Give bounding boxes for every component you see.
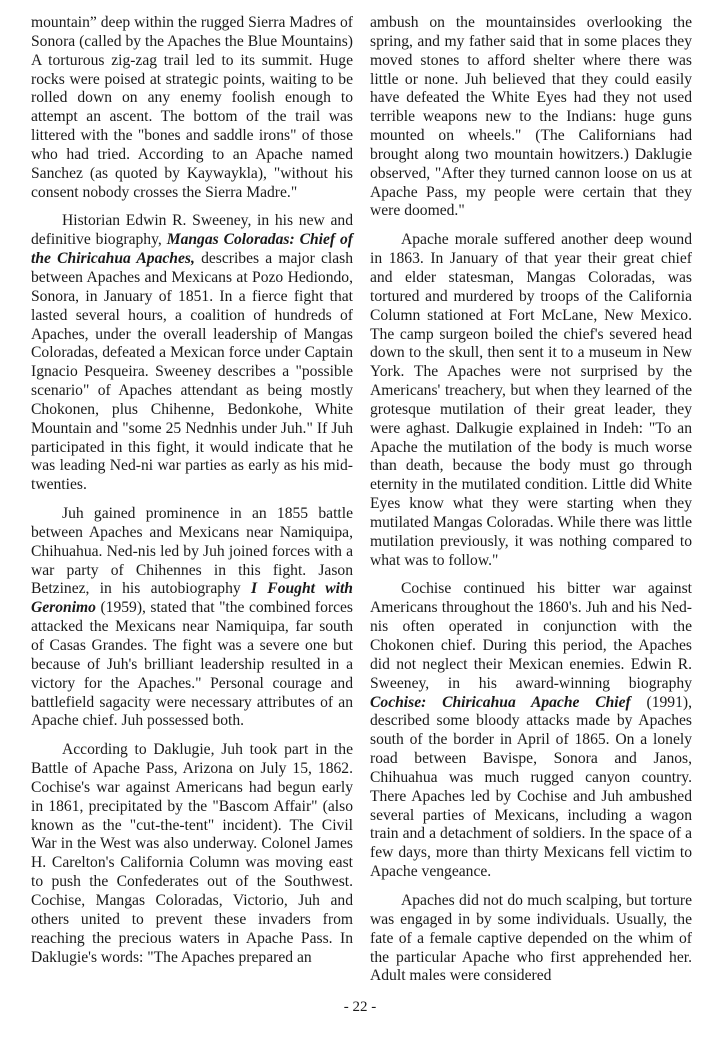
document-page: mountain” deep within the rugged Sierra … <box>0 0 720 1045</box>
left-column: mountain” deep within the rugged Sierra … <box>31 14 353 977</box>
paragraph: Apaches did not do much scalping, but to… <box>370 892 692 986</box>
text-run: describes a major clash between Apaches … <box>31 250 353 493</box>
paragraph: mountain” deep within the rugged Sierra … <box>31 14 353 202</box>
paragraph: Apache morale suffered another deep woun… <box>370 231 692 570</box>
paragraph: Historian Edwin R. Sweeney, in his new a… <box>31 212 353 495</box>
paragraph: According to Daklugie, Juh took part in … <box>31 741 353 967</box>
page-number: - 22 - <box>0 999 720 1016</box>
paragraph: Juh gained prominence in an 1855 battle … <box>31 505 353 731</box>
text-run: (1959), stated that "the combined forces… <box>31 599 353 729</box>
paragraph: ambush on the mountainsides overlooking … <box>370 14 692 221</box>
right-column: ambush on the mountainsides overlooking … <box>370 14 692 996</box>
paragraph: Cochise continued his bitter war against… <box>370 580 692 882</box>
text-run: Cochise continued his bitter war against… <box>370 580 692 691</box>
text-run: (1991), described some bloody attacks ma… <box>370 694 692 881</box>
book-title: Cochise: Chiricahua Apache Chief <box>370 694 631 711</box>
